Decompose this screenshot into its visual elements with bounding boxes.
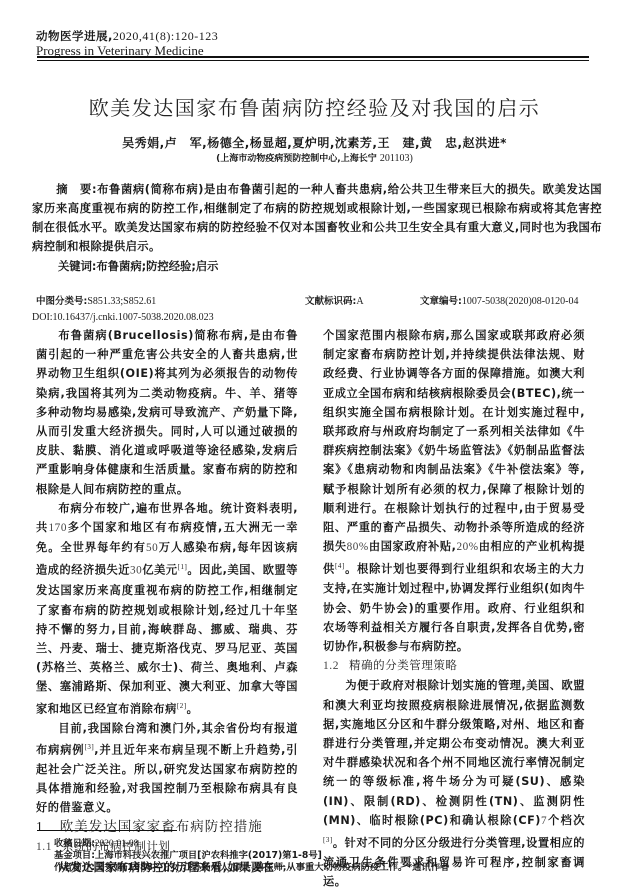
footnote-rule <box>37 830 177 831</box>
article-number-label: 文章编号: <box>420 296 462 307</box>
affiliation-zip: 201103) <box>380 153 413 164</box>
paragraph: 目前,我国除台湾和澳门外,其余省份均有报道布病病例[3],并且近年来布病呈现不断… <box>36 719 298 818</box>
affiliation-text: (上海市动物疫病预防控制中心,上海长宁 <box>216 154 380 164</box>
article-title: 欧美发达国家布鲁菌病防控经验及对我国的启示 <box>0 92 629 121</box>
document-code: 文献标识码:A <box>305 293 364 307</box>
clc-value: S851.33;S852.61 <box>87 296 156 307</box>
abstract-text: 布鲁菌病(简称布病)是由布鲁菌引起的一种人畜共患病,给公共卫生带来巨大的损失。欧… <box>32 183 602 253</box>
citation-ref[interactable]: [3] <box>84 743 94 751</box>
doi[interactable]: DOI:10.16437/j.cnki.1007-5038.2020.08.02… <box>32 312 214 323</box>
paragraph: 个国家范围内根除布病,那么国家或联邦政府必须制定家畜布病防控计划,并持续提供法律… <box>323 326 585 656</box>
keywords-label: 关键词: <box>58 260 96 273</box>
paragraph: 布病分布较广,遍布世界各地。统计资料表明,共170多个国家和地区有布病疫情,五大… <box>36 499 298 719</box>
citation-ref[interactable]: [2] <box>177 702 187 710</box>
author-list: 吴秀娟,卢 军,杨德全,杨显超,夏炉明,沈素芳,王 建,黄 忠,赵洪进* <box>0 134 629 151</box>
document-code-label: 文献标识码: <box>305 296 356 307</box>
citation-ref[interactable]: [4] <box>335 562 345 570</box>
paragraph: 布鲁菌病(Brucellosis)简称布病,是由布鲁菌引起的一种严重危害公共安全… <box>36 326 298 499</box>
clc-number: 中图分类号:S851.33;S852.61 <box>36 293 156 307</box>
keywords-value: 布鲁菌病;防控经验;启示 <box>96 260 218 273</box>
clc-label: 中图分类号: <box>36 296 87 307</box>
affiliation: (上海市动物疫病预防控制中心,上海长宁 201103) <box>0 151 629 164</box>
subsection-heading: 1.2精确的分类管理策略 <box>323 656 585 676</box>
article-number: 文章编号:1007-5038(2020)08-0120-04 <box>420 293 578 307</box>
author-bio: 作者简介:吴秀娟(1988—),女,江苏扬州人,硕士,兽医师,从事重大动物疫病防… <box>54 862 449 874</box>
abstract: 摘 要:布鲁菌病(简称布病)是由布鲁菌引起的一种人畜共患病,给公共卫生带来巨大的… <box>32 180 602 256</box>
body-column-left: 布鲁菌病(Brucellosis)简称布病,是由布鲁菌引起的一种严重危害公共安全… <box>36 326 298 877</box>
abstract-label: 摘 要: <box>56 183 97 196</box>
section-heading: 1欧美发达国家家畜布病防控措施 <box>36 817 298 837</box>
keywords: 关键词:布鲁菌病;防控经验;启示 <box>58 258 218 274</box>
citation-ref[interactable]: [1] <box>178 563 188 571</box>
article-number-value: 1007-5038(2020)08-0120-04 <box>462 296 579 307</box>
footnotes: 收稿日期:2020-01-08 基金项目:上海市科技兴农推广项目[沪农科推字(2… <box>54 838 449 874</box>
received-date: 收稿日期:2020-01-08 <box>54 838 449 850</box>
fund-project: 基金项目:上海市科技兴农推广项目[沪农科推字(2017)第1-8号] <box>54 850 449 862</box>
journal-citation: 2020,41(8):120-123 <box>113 29 218 43</box>
journal-title-cn: 动物医学进展, <box>36 29 113 43</box>
header-rule-thin <box>37 60 589 61</box>
body-column-right: 个国家范围内根除布病,那么国家或联邦政府必须制定家畜布病防控计划,并持续提供法律… <box>323 326 585 891</box>
header-rule-thick <box>37 56 589 58</box>
document-code-value: A <box>356 296 363 307</box>
journal-name-cn: 动物医学进展,2020,41(8):120-123 <box>36 28 218 44</box>
